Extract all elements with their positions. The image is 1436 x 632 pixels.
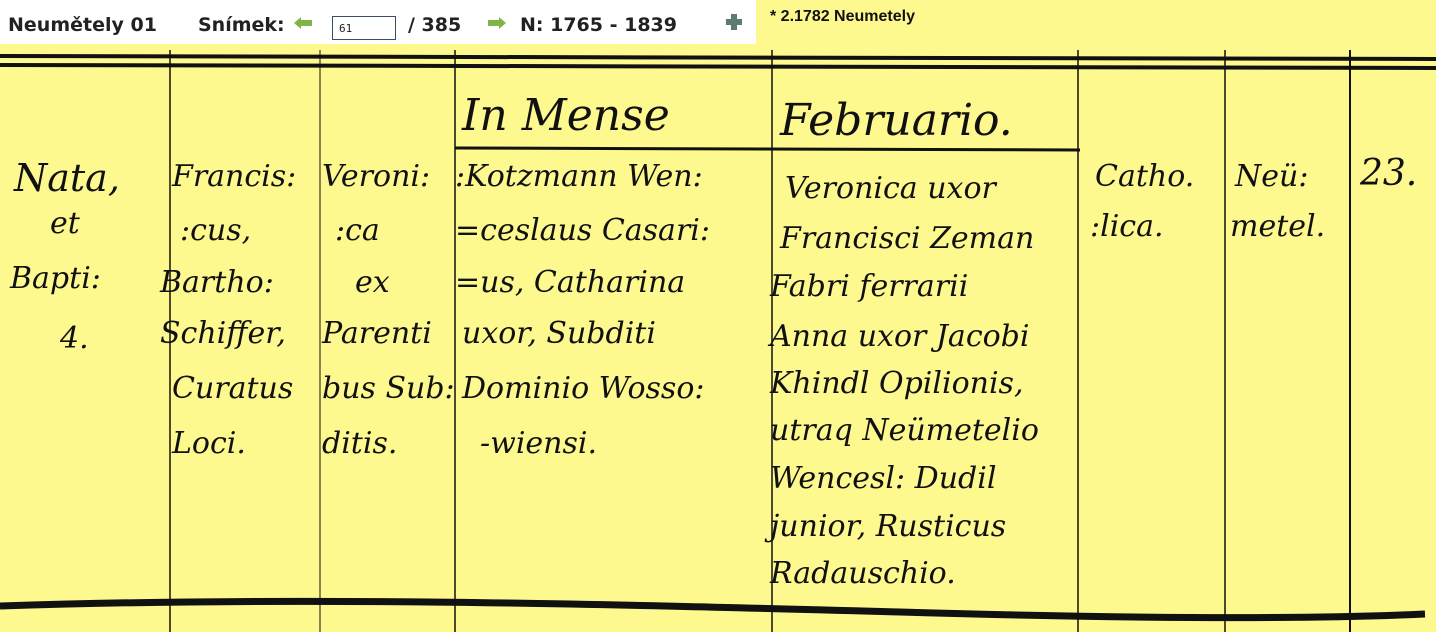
record-note: * 2.1782 Neumetely [770,8,915,26]
frame-total: / 385 [408,14,461,36]
plus-icon [725,13,743,31]
arrow-right-icon [488,17,506,29]
heading-month-left: In Mense [462,94,670,138]
year-range: N: 1765 - 1839 [520,14,677,36]
heading-month-right: Februario. [780,99,1013,143]
prev-frame-button[interactable] [294,17,312,29]
add-button[interactable] [725,13,743,31]
register-scan: In Mense Februario. Nata, et Bapti: 4. F… [0,44,1436,632]
next-frame-button[interactable] [488,17,506,29]
register-title: Neumětely 01 [8,14,157,36]
arrow-left-icon [294,17,312,29]
frame-label: Snímek: [198,14,285,36]
viewer-toolbar: Neumětely 01 Snímek: / 385 N: 1765 - 183… [0,0,756,44]
frame-number-input[interactable] [332,16,396,40]
